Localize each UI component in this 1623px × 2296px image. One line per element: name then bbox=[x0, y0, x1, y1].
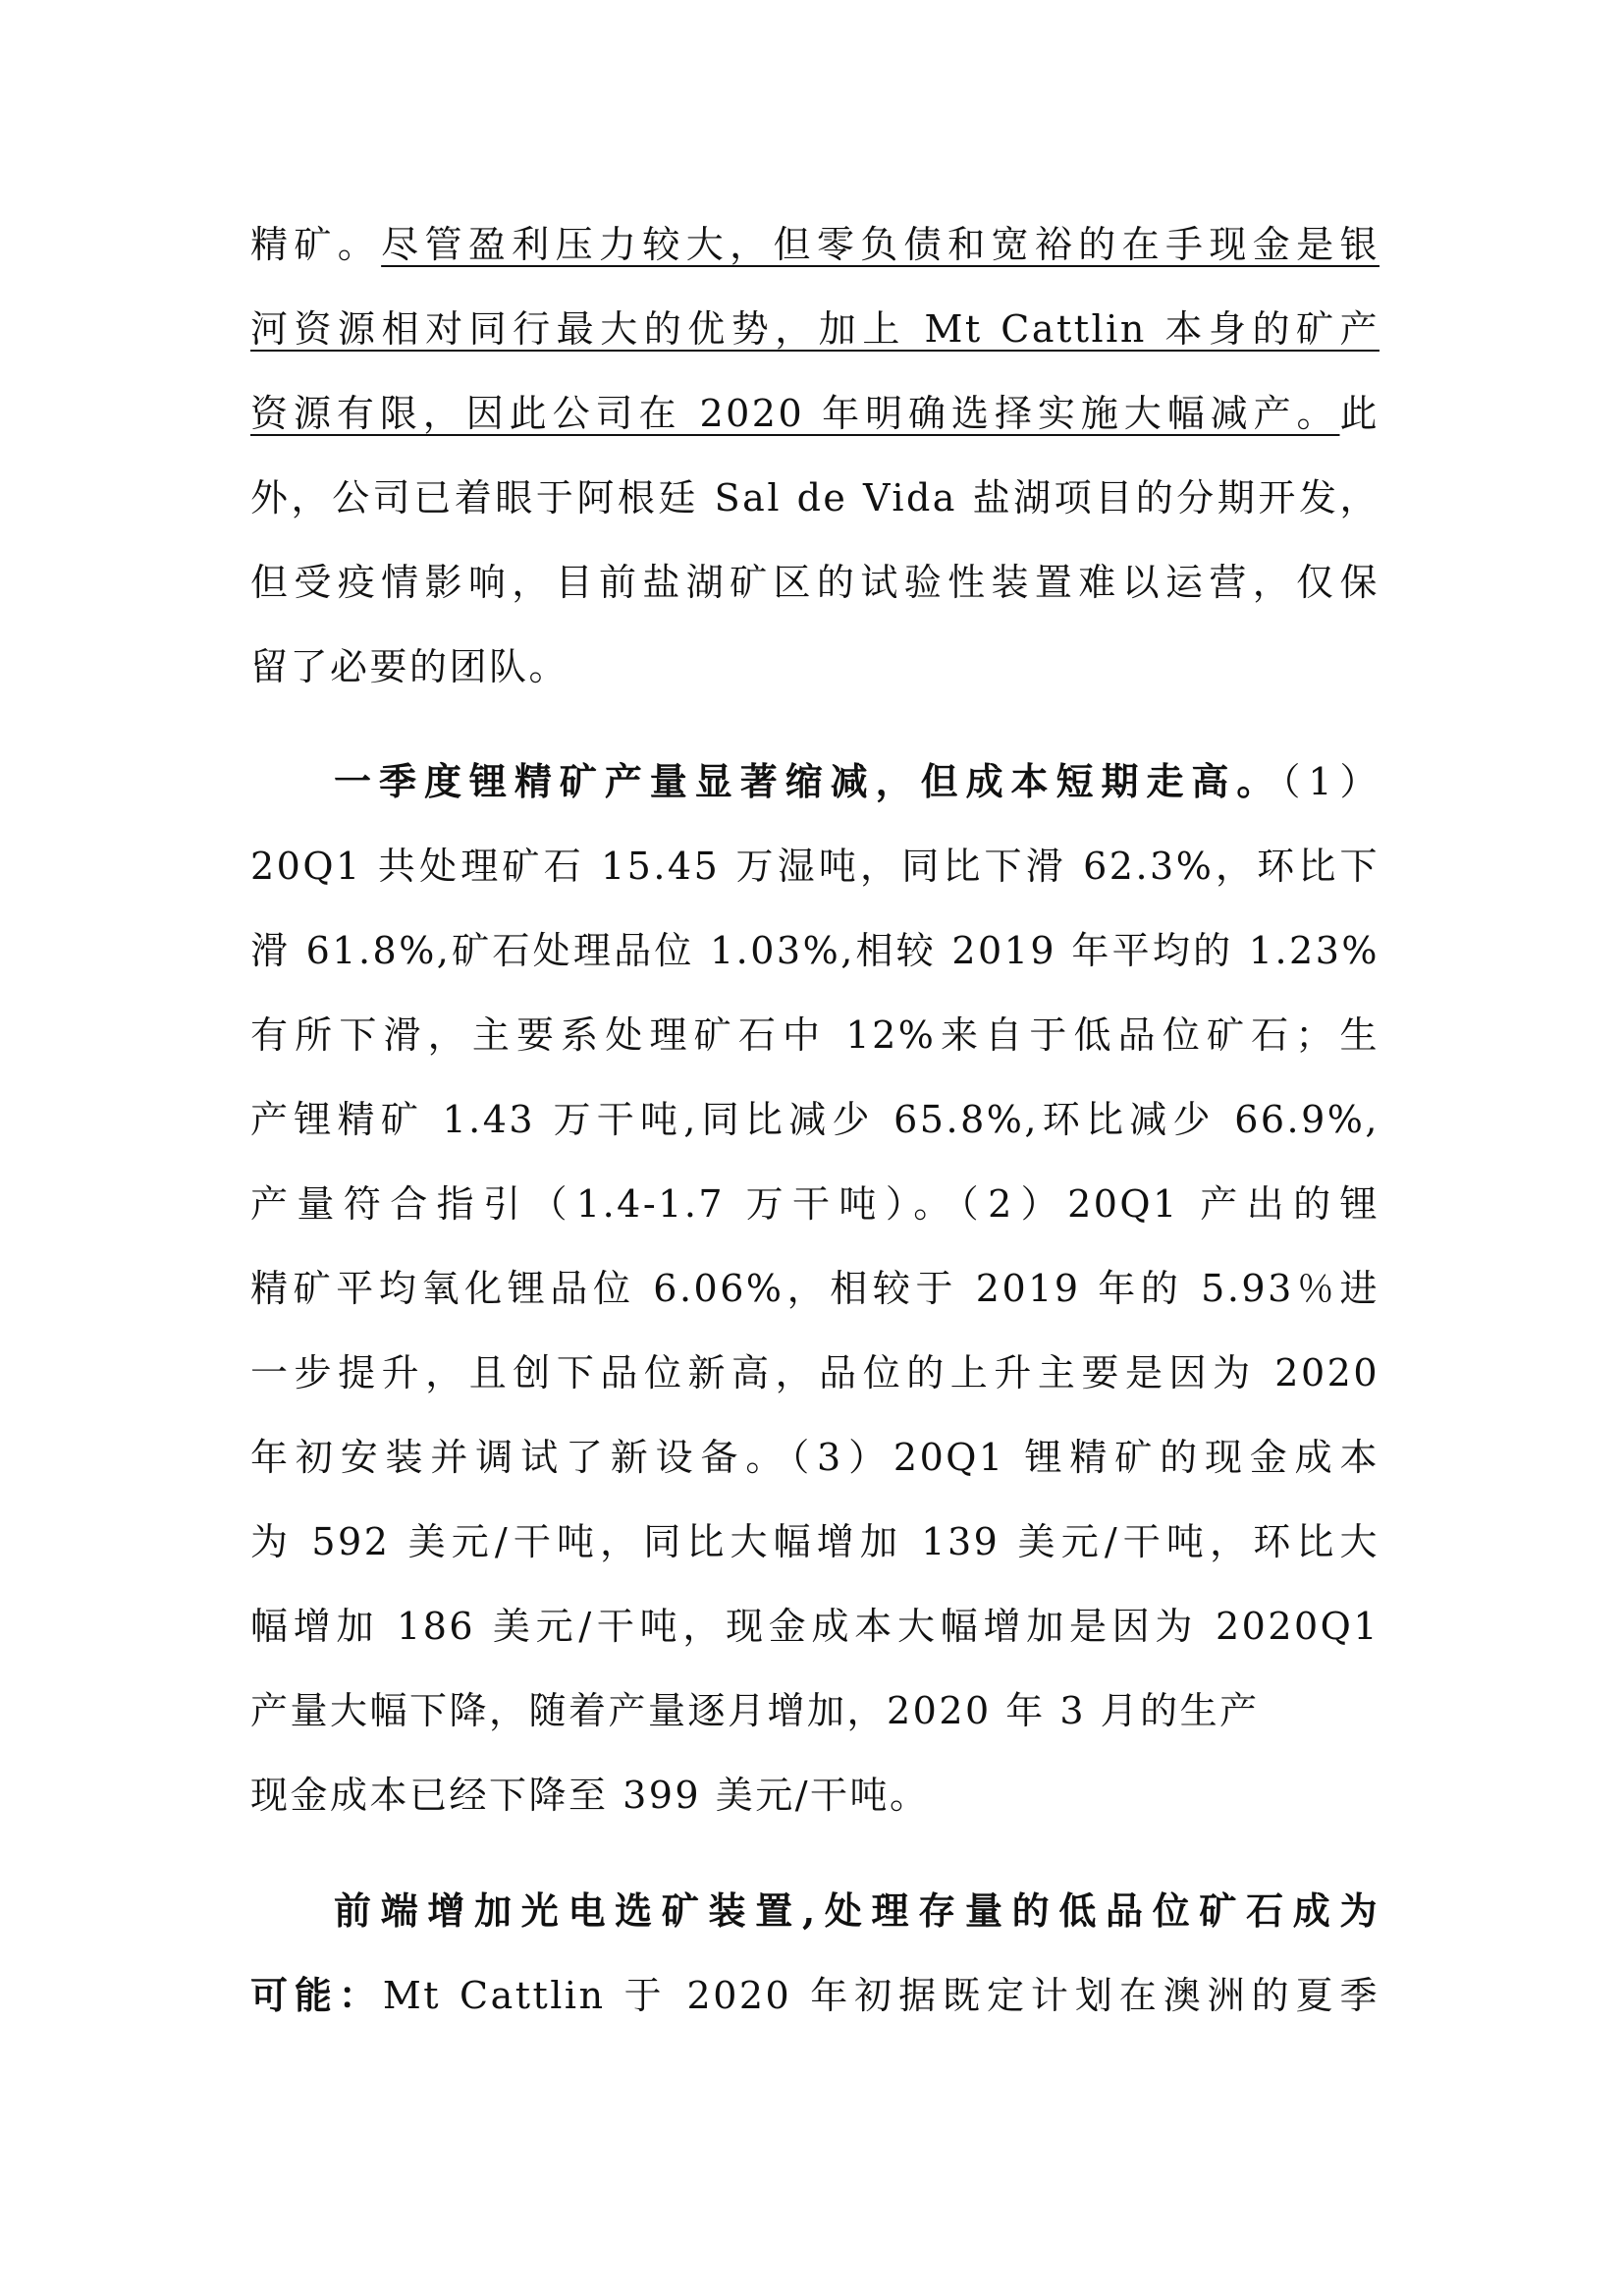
p2-line-1-text: （1） bbox=[1281, 760, 1380, 803]
document-page: 精矿。尽管盈利压力较大，但零负债和宽裕的在手现金是银 河资源相对同行最大的优势，… bbox=[0, 0, 1623, 2296]
p3-line-2: 可能：Mt Cattlin 于 2020 年初据既定计划在澳洲的夏季 bbox=[250, 1966, 1380, 2025]
p2-line-10: 为 592 美元/干吨，同比大幅增加 139 美元/干吨，环比大 bbox=[250, 1512, 1380, 1571]
p2-line-11: 幅增加 186 美元/干吨，现金成本大幅增加是因为 2020Q1 bbox=[250, 1597, 1380, 1656]
p1-line-3: 资源有限，因此公司在 2020 年明确选择实施大幅减产。此 bbox=[250, 384, 1380, 443]
p2-line-9: 年初安装并调试了新设备。（3）20Q1 锂精矿的现金成本 bbox=[250, 1428, 1380, 1487]
p3-line-1: 前端增加光电选矿装置,处理存量的低品位矿石成为 bbox=[334, 1882, 1380, 1941]
p1-line-6: 留了必要的团队。 bbox=[250, 637, 1380, 696]
p3-heading-end: 可能： bbox=[250, 1973, 383, 2017]
p2-heading: 一季度锂精矿产量显著缩减，但成本短期走高。 bbox=[334, 759, 1281, 803]
p2-line-1: 一季度锂精矿产量显著缩减，但成本短期走高。（1） bbox=[334, 752, 1380, 811]
p2-line-3: 滑 61.8%,矿石处理品位 1.03%,相较 2019 年平均的 1.23% bbox=[250, 921, 1380, 980]
p1-underlined-text: 资源有限，因此公司在 2020 年明确选择实施大幅减产。 bbox=[250, 392, 1339, 435]
p1-line-1-plain: 精矿。 bbox=[250, 223, 381, 266]
p2-line-2: 20Q1 共处理矿石 15.45 万湿吨，同比下滑 62.3%，环比下 bbox=[250, 837, 1380, 896]
p1-line-1: 精矿。尽管盈利压力较大，但零负债和宽裕的在手现金是银 bbox=[250, 215, 1380, 274]
p1-line-3-plain: 此 bbox=[1339, 392, 1380, 435]
p2-line-5: 产锂精矿 1.43 万干吨,同比减少 65.8%,环比减少 66.9%, bbox=[250, 1090, 1380, 1149]
p2-line-13: 现金成本已经下降至 399 美元/干吨。 bbox=[250, 1766, 1380, 1825]
p2-line-6: 产量符合指引（1.4-1.7 万干吨）。（2）20Q1 产出的锂 bbox=[250, 1175, 1380, 1233]
p2-line-7: 精矿平均氧化锂品位 6.06%，相较于 2019 年的 5.93％进 bbox=[250, 1259, 1380, 1318]
p2-line-8: 一步提升，且创下品位新高，品位的上升主要是因为 2020 bbox=[250, 1343, 1380, 1402]
p1-line-2: 河资源相对同行最大的优势，加上 Mt Cattlin 本身的矿产 bbox=[250, 300, 1380, 358]
p2-line-4: 有所下滑，主要系处理矿石中 12%来自于低品位矿石；生 bbox=[250, 1006, 1380, 1065]
p1-underlined-text: 尽管盈利压力较大，但零负债和宽裕的在手现金是银 bbox=[381, 223, 1380, 266]
p3-line-2-text: Mt Cattlin 于 2020 年初据既定计划在澳洲的夏季 bbox=[383, 1974, 1380, 2017]
p1-line-5: 但受疫情影响，目前盐湖矿区的试验性装置难以运营，仅保 bbox=[250, 553, 1380, 612]
p1-line-4: 外，公司已着眼于阿根廷 Sal de Vida 盐湖项目的分期开发， bbox=[250, 468, 1380, 527]
p1-underlined-text: 河资源相对同行最大的优势，加上 Mt Cattlin 本身的矿产 bbox=[250, 307, 1380, 351]
p2-line-12: 产量大幅下降，随着产量逐月增加，2020 年 3 月的生产 bbox=[250, 1681, 1380, 1740]
